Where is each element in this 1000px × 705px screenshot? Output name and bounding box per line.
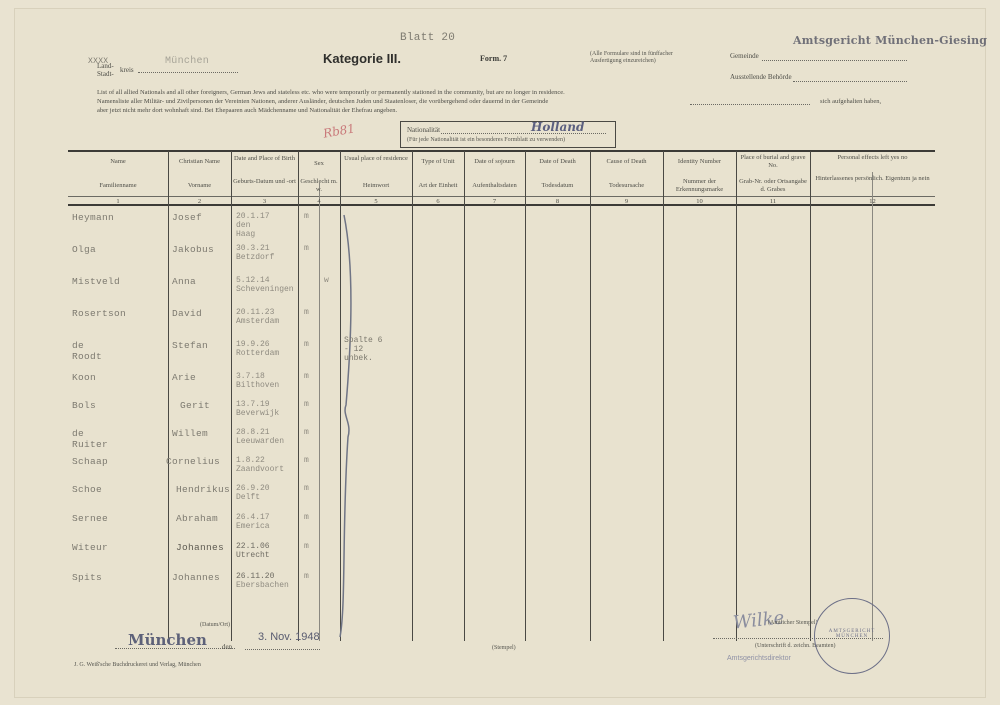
col-divider — [663, 151, 664, 641]
bracket-note: Spalte 6 - 12 unbek. — [344, 336, 384, 363]
col-number: 9 — [590, 198, 663, 206]
cell-birth-date: 28.8.21 — [236, 428, 270, 437]
behoerde-line — [793, 73, 907, 82]
round-stamp-text: AMTSGERICHT MÜNCHEN — [815, 629, 889, 639]
kreis-label: kreis — [120, 66, 134, 75]
cell-first-name: Stefan — [172, 340, 208, 351]
cell-birth-date: 20.11.23 — [236, 308, 274, 317]
cell-birth-date: 26.11.20 — [236, 572, 274, 581]
col-divider — [231, 151, 232, 641]
col-header-de: Aufenthaltsdaten — [464, 182, 525, 190]
cell-birth-date: 3.7.18 — [236, 372, 265, 381]
official-stamp-text: Amtsgerichtsdirektor — [727, 655, 791, 662]
cell-first-name: Cornelius — [166, 456, 220, 467]
cell-sex: m — [304, 456, 309, 465]
cell-first-name: Anna — [172, 276, 196, 287]
cell-name: Koon — [72, 372, 96, 383]
cell-birth-place: Emerica — [236, 522, 270, 531]
intro-german-1-end: sich aufgehalten haben, — [820, 97, 881, 106]
col-header-en: Name — [68, 158, 168, 166]
cell-sex: m — [304, 400, 309, 409]
cell-name: Spits — [72, 572, 102, 583]
col-number: 7 — [464, 198, 525, 206]
cell-first-name: Johannes — [172, 572, 220, 583]
cell-sex: m — [304, 428, 309, 437]
header-divider — [68, 196, 935, 197]
intro-german-1: Namensliste aller Militär- und Zivilpers… — [97, 97, 657, 106]
round-stamp: AMTSGERICHT MÜNCHEN — [814, 598, 890, 674]
col-header-de: Geschlecht m. w. — [298, 178, 340, 194]
cell-name: Witeur — [72, 542, 108, 553]
col-header-en: Date and Place of Birth — [231, 155, 298, 163]
title-label: (Amtlicher Stempel) — [768, 620, 818, 627]
cell-first-name: Josef — [172, 212, 202, 223]
col-header-de: Heimwort — [340, 182, 412, 190]
cell-birth-place: Utrecht — [236, 551, 270, 560]
col-header-de: Hinterlassenes persönlich. Eigentum ja n… — [810, 175, 935, 183]
nationality-box: Nationalität Holland (Für jede Nationali… — [400, 121, 616, 148]
cell-name: de Roodt — [72, 340, 102, 362]
cell-birth-date: 5.12.14 — [236, 276, 270, 285]
page-title: Kategorie III. — [323, 51, 401, 66]
cell-name: Rosertson — [72, 308, 126, 319]
cell-birth-place: Amsterdam — [236, 317, 279, 326]
cell-name: Sernee — [72, 513, 108, 524]
cell-sex: m — [304, 513, 309, 522]
cell-birth-place: Ebersbachen — [236, 581, 289, 590]
cell-first-name: Willem — [172, 428, 208, 439]
cell-birth-place: den Haag — [236, 221, 255, 239]
cell-birth-place: Leeuwarden — [236, 437, 284, 446]
nationality-note: (Für jede Nationalität ist ein besondere… — [407, 137, 565, 144]
printer-note: J. G. Weiß'sche Buchdruckerei und Verlag… — [74, 662, 201, 669]
col-number: 10 — [663, 198, 736, 206]
col-header-en: Type of Unit — [412, 158, 464, 166]
cell-sex: m — [304, 340, 309, 349]
col-header-de: Todesdatum — [525, 182, 590, 190]
cell-first-name: Jakobus — [172, 244, 214, 255]
col-divider-sex — [319, 183, 320, 641]
cell-birth-date: 26.9.20 — [236, 484, 270, 493]
bracket-icon — [338, 205, 368, 645]
col-divider — [525, 151, 526, 641]
cell-birth-date: 20.1.17 — [236, 212, 270, 221]
place-line — [115, 640, 235, 649]
col-number: 11 — [736, 198, 810, 206]
form-number: Form. 7 — [480, 54, 507, 63]
cell-name: Mistveld — [72, 276, 120, 287]
col-header-en: Date of Death — [525, 158, 590, 166]
nationality-label: Nationalität — [407, 126, 440, 135]
cell-birth-date: 22.1.06 — [236, 542, 270, 551]
col-header-de: Nummer der Erkennungsmarke — [663, 178, 736, 194]
intro-german-2: aber jetzt nicht mehr dort wohnhaft sind… — [97, 106, 597, 115]
cell-sex: m — [304, 372, 309, 381]
col-header-de: Todesursache — [590, 182, 663, 190]
submission-note: (Alle Formulare sind in fünffacher Ausfe… — [590, 51, 700, 65]
col-header-en: Place of burial and grave No. — [736, 154, 810, 170]
cell-birth-date: 30.3.21 — [236, 244, 270, 253]
sheet-number: Blatt 20 — [400, 32, 455, 44]
col-divider — [412, 151, 413, 641]
cell-name: Schaap — [72, 456, 108, 467]
col-header-de: Geburts-Datum und -ort — [231, 178, 298, 186]
cell-first-name: Johannes — [176, 542, 224, 553]
cell-name: Olga — [72, 244, 96, 255]
cell-first-name: Hendrikus — [176, 484, 230, 495]
col-header-en: Cause of Death — [590, 158, 663, 166]
cell-first-name: David — [172, 308, 202, 319]
nationality-value: Holland — [531, 120, 584, 134]
col-number: 4 — [298, 198, 340, 206]
cell-birth-place: Zaandvoort — [236, 465, 284, 474]
cell-sex: w — [324, 276, 329, 285]
col-divider — [464, 151, 465, 641]
col-header-de: Grab-Nr. oder Ortsangabe d. Grabes — [736, 178, 810, 194]
cell-first-name: Gerit — [180, 400, 210, 411]
col-divider-effects — [872, 172, 873, 641]
cell-sex: m — [304, 484, 309, 493]
cell-sex: m — [304, 542, 309, 551]
gemeinde-label: Gemeinde — [730, 52, 759, 61]
table-top-border — [68, 150, 935, 152]
date-line — [245, 641, 320, 650]
cell-birth-date: 19.9.26 — [236, 340, 270, 349]
col-header-de: Vorname — [168, 182, 231, 190]
col-number: 12 — [810, 198, 935, 206]
den-label: den — [222, 643, 232, 652]
intro-english: List of all allied Nationals and all oth… — [97, 88, 897, 97]
cell-birth-date: 13.7.19 — [236, 400, 270, 409]
stempel-label: (Stempel) — [492, 645, 516, 652]
col-number: 2 — [168, 198, 231, 206]
col-header-en: Personal effects left yes no — [810, 154, 935, 162]
cell-birth-place: Scheveningen — [236, 285, 294, 294]
cell-birth-date: 26.4.17 — [236, 513, 270, 522]
col-divider — [810, 151, 811, 641]
col-header-en: Sex — [298, 160, 340, 168]
court-stamp: Amtsgericht München-Giesing — [793, 34, 987, 47]
col-divider — [590, 151, 591, 641]
col-number: 8 — [525, 198, 590, 206]
cell-first-name: Arie — [172, 372, 196, 383]
cell-first-name: Abraham — [176, 513, 218, 524]
kreis-line — [138, 66, 238, 73]
cell-birth-date: 1.8.22 — [236, 456, 265, 465]
col-divider — [298, 151, 299, 641]
cell-sex: m — [304, 212, 309, 221]
gemeinde-line — [762, 52, 907, 61]
col-divider — [168, 151, 169, 641]
col-header-de: Familienname — [68, 182, 168, 190]
cell-name: Schoe — [72, 484, 102, 495]
col-number: 6 — [412, 198, 464, 206]
place-label: (Datum/Ort) — [200, 622, 230, 629]
col-header-en: Date of sojourn — [464, 158, 525, 166]
col-number: 3 — [231, 198, 298, 206]
col-header-de: Art der Einheit — [412, 182, 464, 190]
cell-name: Bols — [72, 400, 96, 411]
intro-line — [690, 98, 810, 105]
col-header-en: Identity Number — [663, 158, 736, 166]
cell-name: de Ruiter — [72, 428, 108, 450]
col-number: 1 — [68, 198, 168, 206]
cell-birth-place: Rotterdam — [236, 349, 279, 358]
cell-birth-place: Beverwijk — [236, 409, 279, 418]
cell-sex: m — [304, 308, 309, 317]
behoerde-label: Ausstellende Behörde — [730, 73, 792, 82]
stadt-label: Stadt- — [97, 70, 114, 79]
cell-birth-place: Bilthoven — [236, 381, 279, 390]
cell-birth-place: Delft — [236, 493, 260, 502]
col-divider — [736, 151, 737, 641]
cell-name: Heymann — [72, 212, 114, 223]
col-header-en: Usual place of residence — [340, 155, 412, 163]
cell-sex: m — [304, 244, 309, 253]
cell-birth-place: Betzdorf — [236, 253, 274, 262]
cell-sex: m — [304, 572, 309, 581]
col-header-en: Christian Name — [168, 158, 231, 166]
